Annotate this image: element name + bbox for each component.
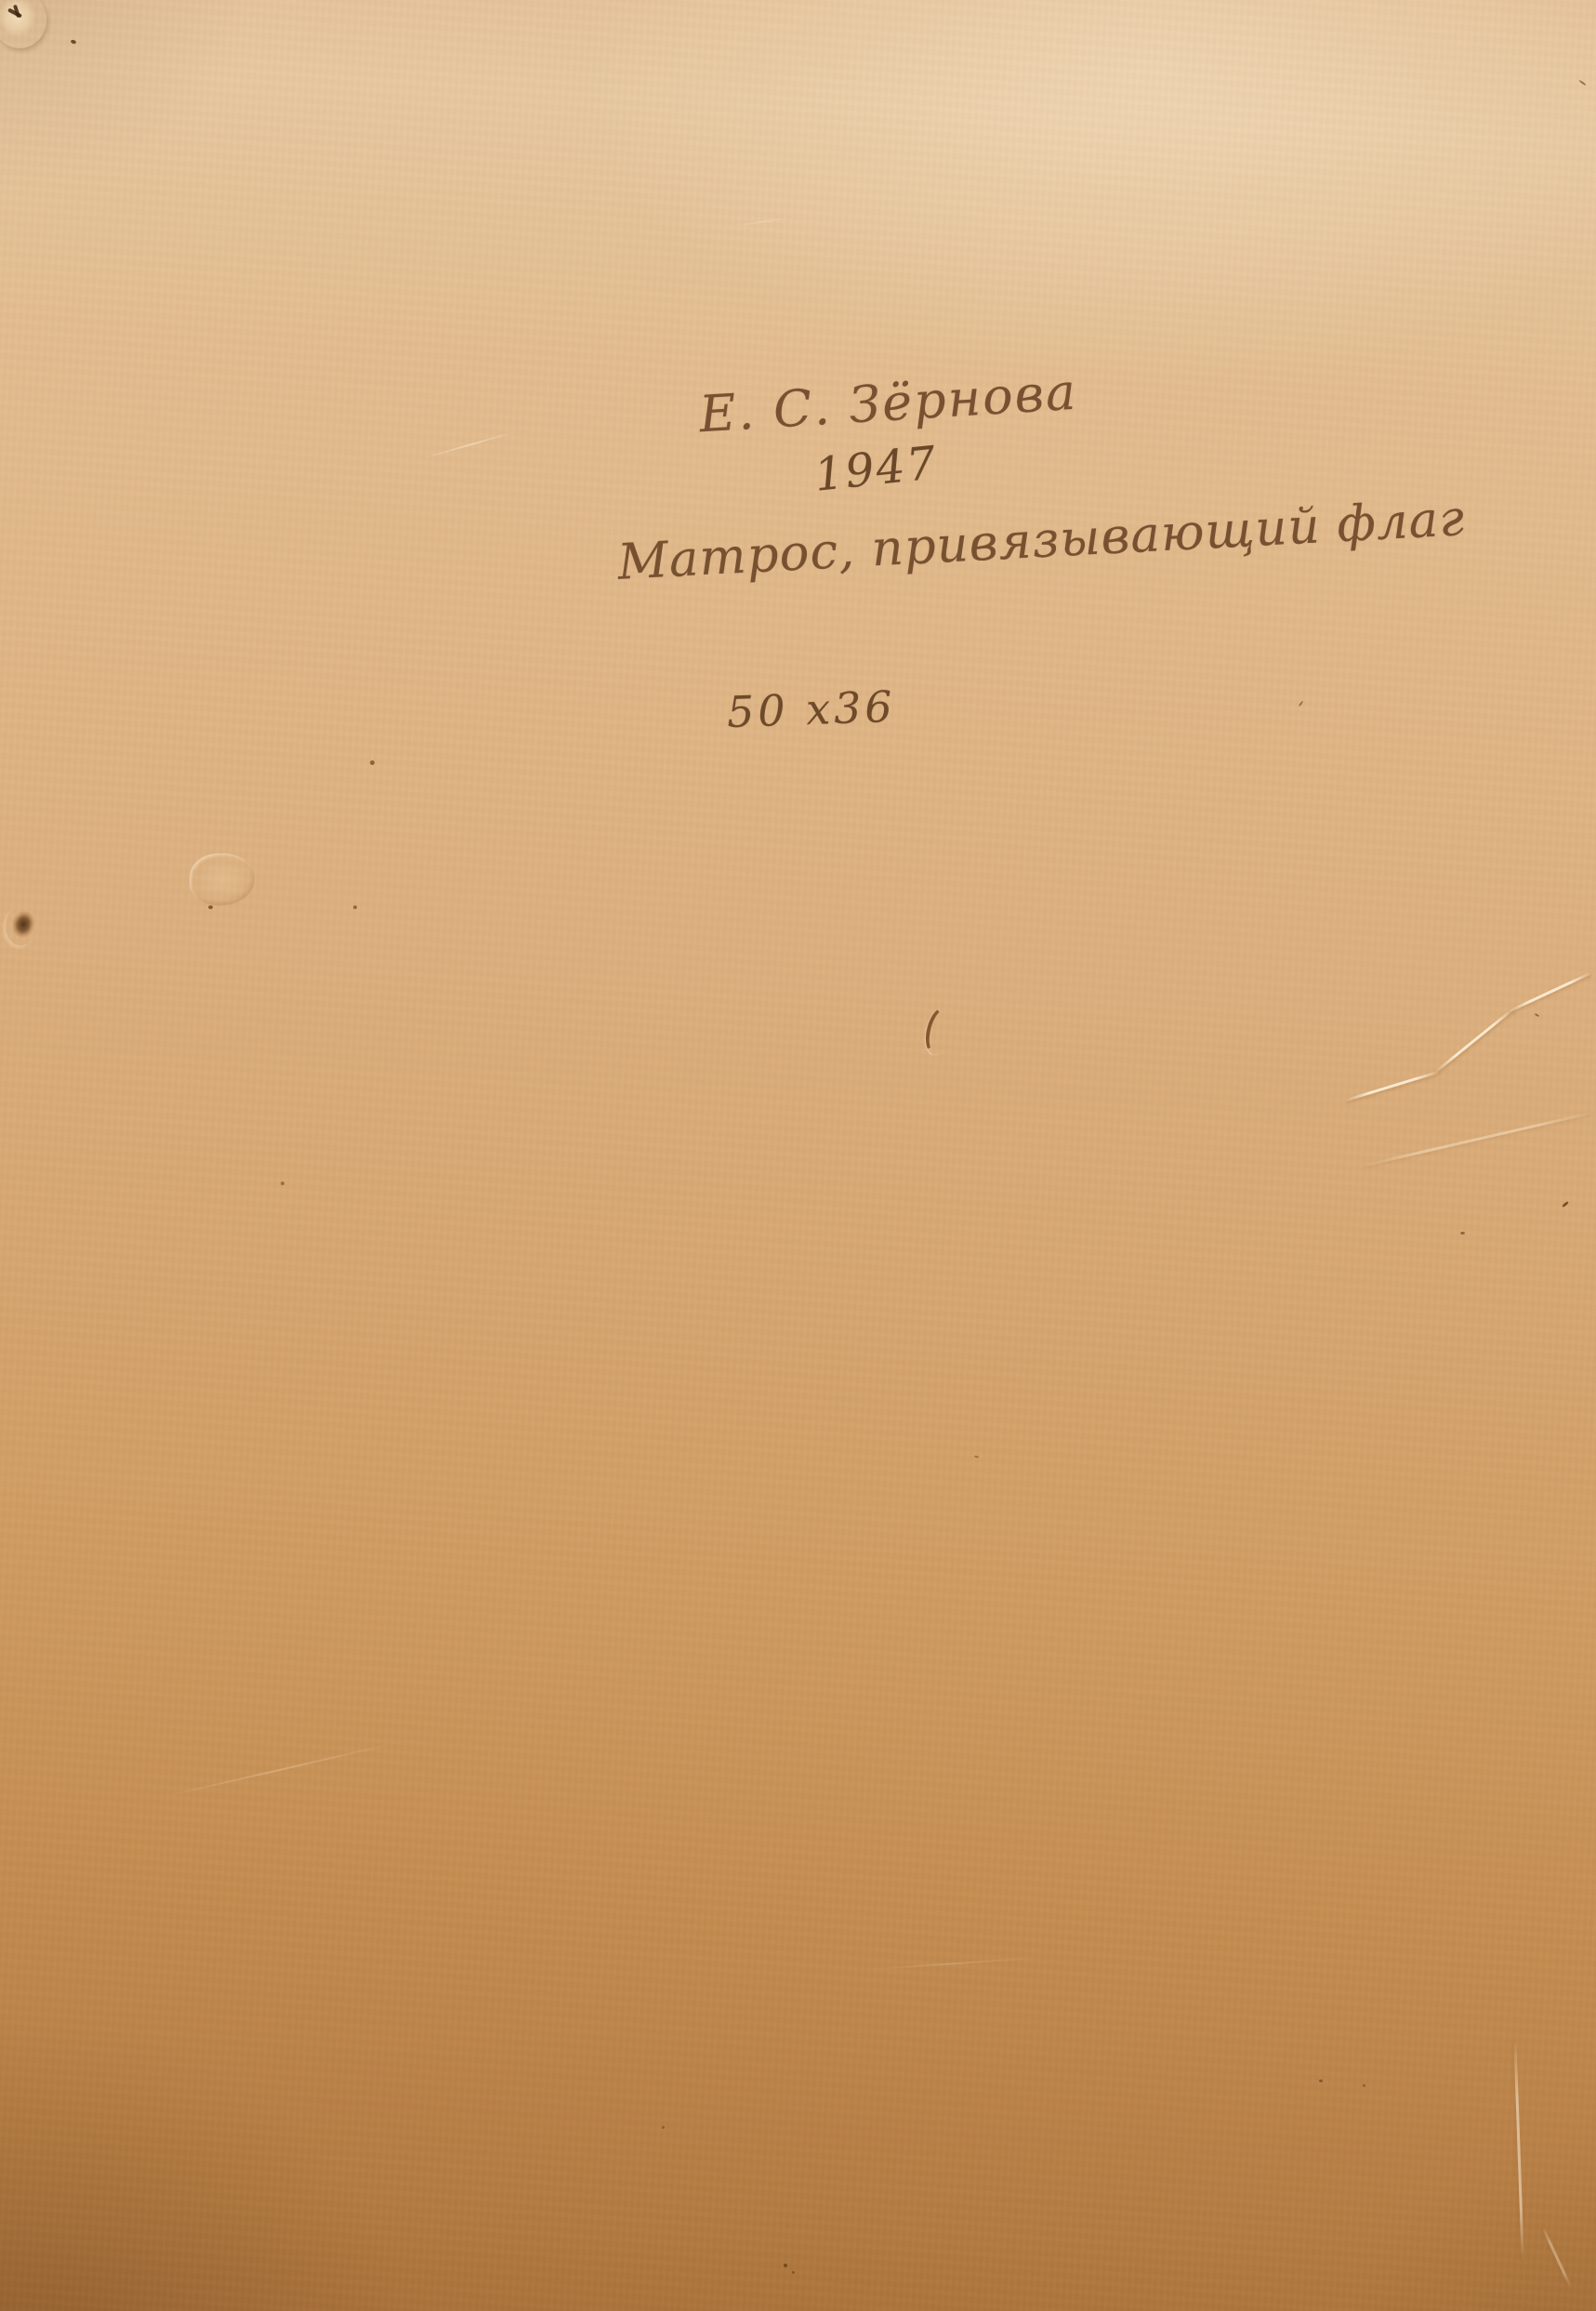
fiber-speck (1460, 1232, 1465, 1235)
fiber-speck (208, 905, 213, 909)
fiber-speck (353, 905, 357, 909)
fiber-speck (370, 760, 375, 765)
fiber-speck (1319, 2080, 1323, 2082)
fiber-speck (281, 1182, 284, 1185)
painting-back-photo: Е. С. Зёрнова 1947 Матрос, привязывающий… (0, 0, 1596, 2311)
cardboard-texture (0, 0, 1596, 2311)
fiber-speck (662, 2126, 665, 2129)
dimensions-inscription: 50 х36 (726, 681, 896, 737)
fiber-speck (1363, 2084, 1365, 2087)
fiber-speck (792, 2271, 795, 2274)
dent-crease-line (13, 5, 20, 19)
fiber-speck (784, 2264, 787, 2267)
